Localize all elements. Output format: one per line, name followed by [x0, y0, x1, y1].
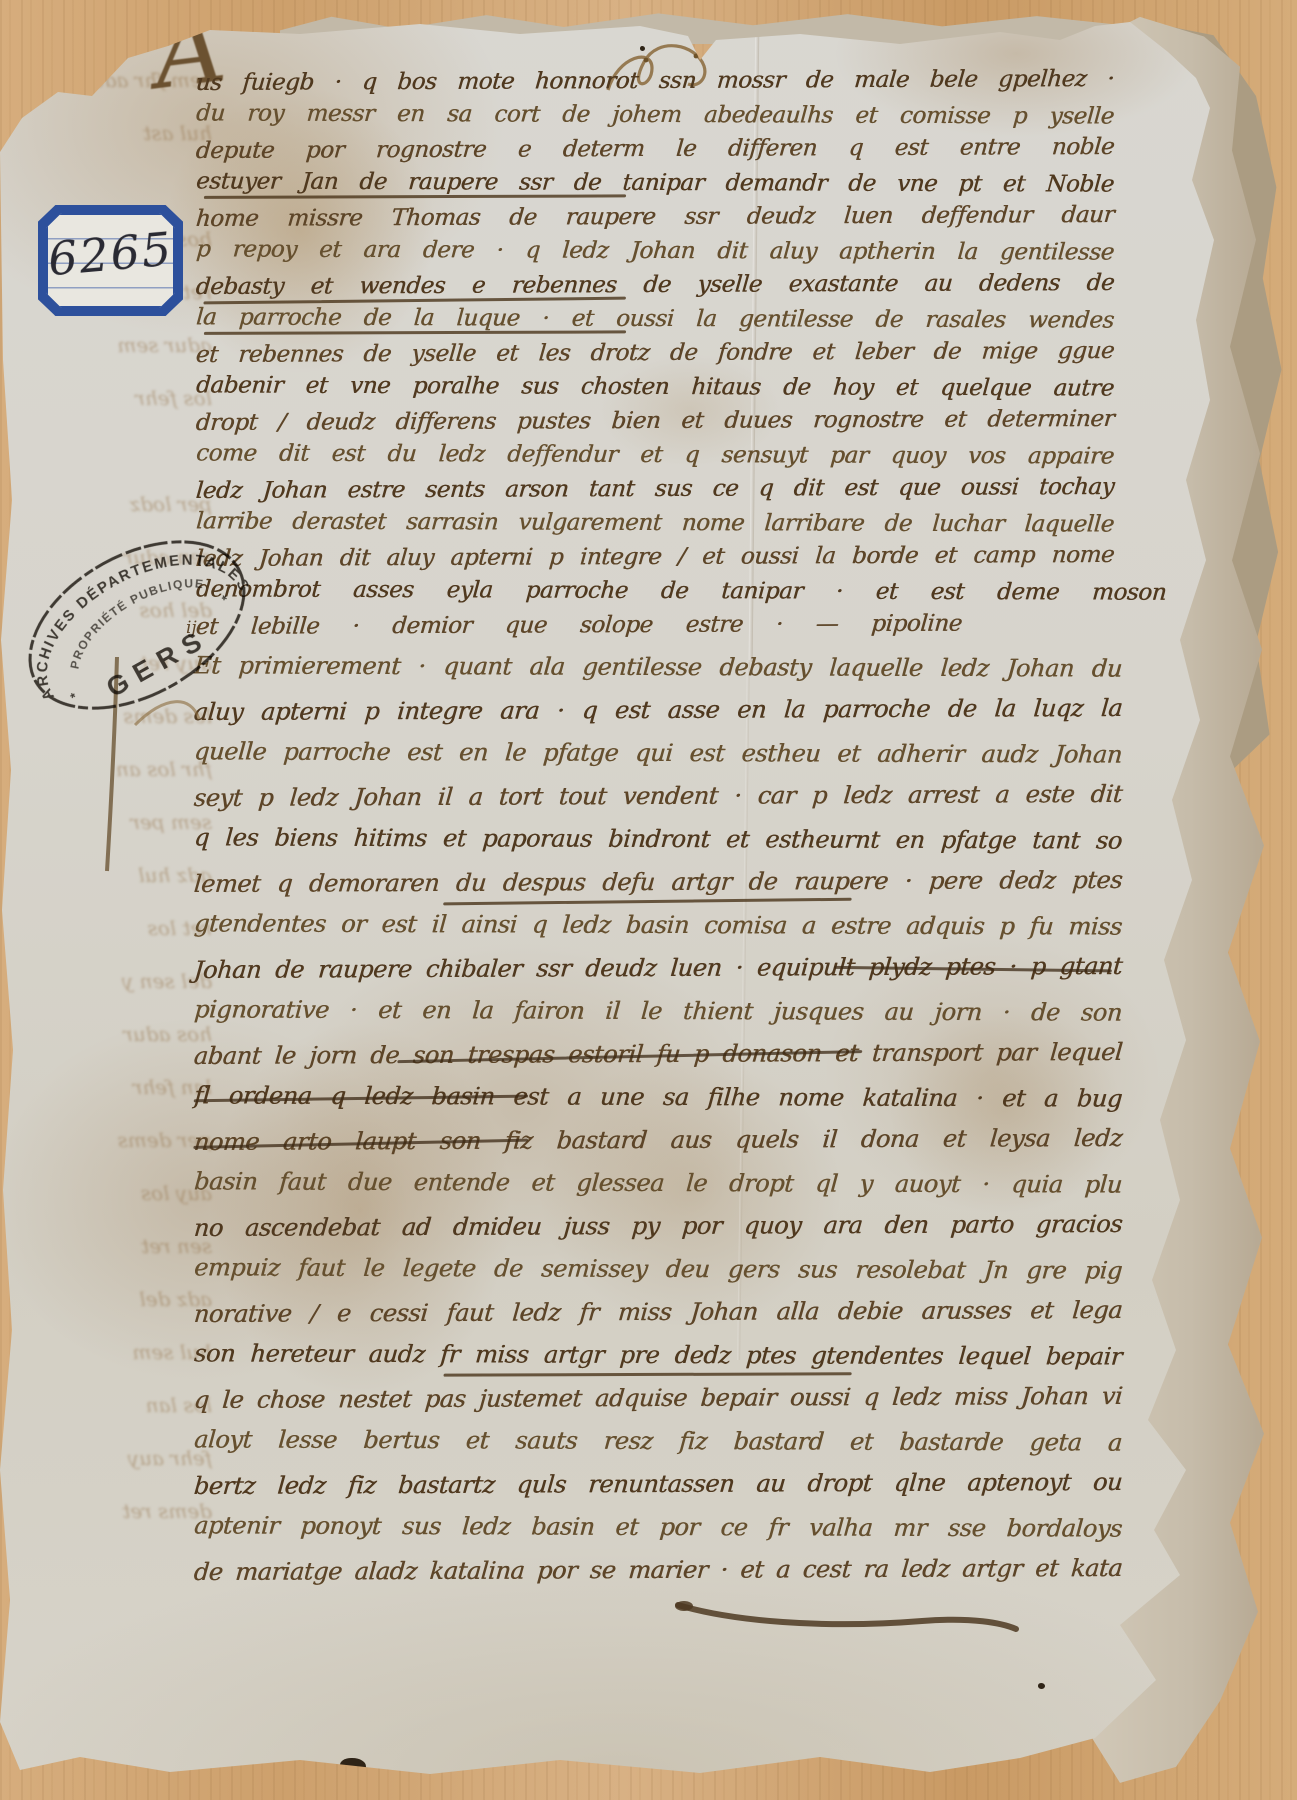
manuscript-line: seyt p ledz Johan il a tort tout vendent… [192, 773, 1124, 820]
manuscript-line: dropt / deudz differens pustes bien et d… [194, 402, 1115, 440]
manuscript-line: lemet q demoraren du despus defu artgr d… [192, 859, 1124, 906]
stamp-star-right: * [219, 591, 232, 607]
ink-spot [1038, 1683, 1045, 1689]
manuscript-line: estuyer Jan de raupere ssr de tanipar de… [195, 164, 1115, 201]
manuscript-line: empuiz faut le legete de semissey deu ge… [193, 1246, 1124, 1292]
manuscript-line: denombrot asses eyla parroche de tanipar… [195, 572, 1115, 609]
manuscript-line: debasty et wendes e rebennes de yselle e… [194, 266, 1115, 304]
bleedthrough-line: los lan [2, 1379, 212, 1432]
manuscript-line: pignorative · et en la fairon il le thie… [193, 988, 1124, 1034]
bleedthrough-line: ret los [2, 902, 212, 955]
manuscript-page: sem fhr adeshul astbos demiret hos lanad… [0, 0, 1240, 1790]
bleedthrough-line: hos adur [2, 1008, 212, 1061]
manuscript-line: q les biens hitims et paporaus bindront … [193, 816, 1124, 862]
manuscript-line: come dit est du ledz deffendur et q sens… [195, 436, 1115, 473]
manuscript-line: bertz ledz fiz bastartz quls renuntassen… [192, 1461, 1124, 1508]
manuscript-line: q le chose nestet pas justemet adquise b… [192, 1375, 1124, 1422]
bleedthrough-line: adz del [2, 1273, 212, 1326]
bleedthrough-line: dems ret [2, 1485, 212, 1538]
text-block-1: A us fuiegb · q bos mote honnorot ssn mo… [196, 64, 1114, 642]
manuscript-line: depute por rognostre e determ le differe… [194, 130, 1115, 168]
bleedthrough-line: auy los [2, 1167, 212, 1220]
manuscript-line: aloyt lesse bertus et sauts resz fiz bas… [193, 1418, 1124, 1464]
archival-label: 6265 [38, 205, 183, 316]
manuscript-line: home missre Thomas de raupere ssr deudz … [194, 198, 1115, 236]
ink-hole [340, 1758, 366, 1774]
manuscript-line: basin faut due entende et glessea le dro… [193, 1160, 1124, 1206]
bleedthrough-line: hul ast [2, 107, 212, 160]
bleedthrough-line: sen ret [2, 1220, 212, 1273]
manuscript-line: et lebille · demior que solope estre · —… [194, 606, 1115, 644]
manuscript-line: us fuiegb · q bos mote honnorot ssn moss… [194, 62, 1115, 100]
manuscript-line: aptenir ponoyt sus ledz basin et por ce … [193, 1504, 1124, 1550]
manuscript-line: de mariatge aladz katalina por se marier… [192, 1547, 1124, 1594]
manuscript-line: Johan de raupere chibaler ssr deudz luen… [192, 945, 1124, 992]
bleedthrough-line: adur sem [2, 319, 212, 372]
manuscript-line: dabenir et vne poralhe sus chosten hitau… [195, 368, 1115, 405]
manuscript-line: larribe derastet sarrasin vulgarement no… [195, 504, 1115, 541]
manuscript-line: norative / e cessi faut ledz fr miss Joh… [192, 1289, 1124, 1336]
manuscript-line: ledz Johan estre sents arson tant sus ce… [194, 470, 1115, 508]
manuscript-line: Et primierement · quant ala gentilesse d… [193, 644, 1124, 690]
bleedthrough-line: fehr auy [2, 1432, 212, 1485]
bleedthrough-line: lan fehr [2, 1061, 212, 1114]
manuscript-line: p repoy et ara dere · q ledz Johan dit a… [195, 232, 1115, 269]
manuscript-line: no ascendebat ad dmideu juss py por quoy… [192, 1203, 1124, 1250]
bleedthrough-line: del sen y [2, 955, 212, 1008]
bleedthrough-line [2, 425, 212, 478]
manuscript-line: gtendentes or est il ainsi q ledz basin … [193, 902, 1124, 948]
manuscript-line: la parroche de la luque · et oussi la ge… [195, 300, 1115, 337]
bleedthrough-line: per dems [2, 1114, 212, 1167]
photo-frame: sem fhr adeshul astbos demiret hos lanad… [0, 0, 1297, 1800]
manuscript-line: son hereteur audz fr miss artgr pre dedz… [193, 1332, 1124, 1378]
bleedthrough-line: los fehr [2, 372, 212, 425]
manuscript-line: nome arto laupt son fiz bastard aus quel… [192, 1117, 1124, 1164]
manuscript-line: quelle parroche est en le pfatge qui est… [193, 730, 1124, 776]
manuscript-line: ledz Johan dit aluy apterni p integre / … [194, 538, 1115, 576]
text-block-2: Et primierement · quant ala gentilesse d… [194, 646, 1122, 1592]
pen-flourish-underline [672, 1595, 1022, 1645]
stamp-star-left: * [68, 689, 81, 705]
manuscript-line: du roy messr en sa cort de johem abedeau… [195, 96, 1115, 133]
manuscript-line: fl ordena q ledz basin est a une sa filh… [193, 1074, 1124, 1120]
manuscript-line: aluy apterni p integre ara · q est asse … [192, 687, 1124, 734]
bleedthrough-line: hul sem [2, 1326, 212, 1379]
manuscript-line: et rebennes de yselle et les drotz de fo… [194, 334, 1115, 372]
manuscript-line: abant le jorn de son trespas estoril fu … [192, 1031, 1124, 1078]
